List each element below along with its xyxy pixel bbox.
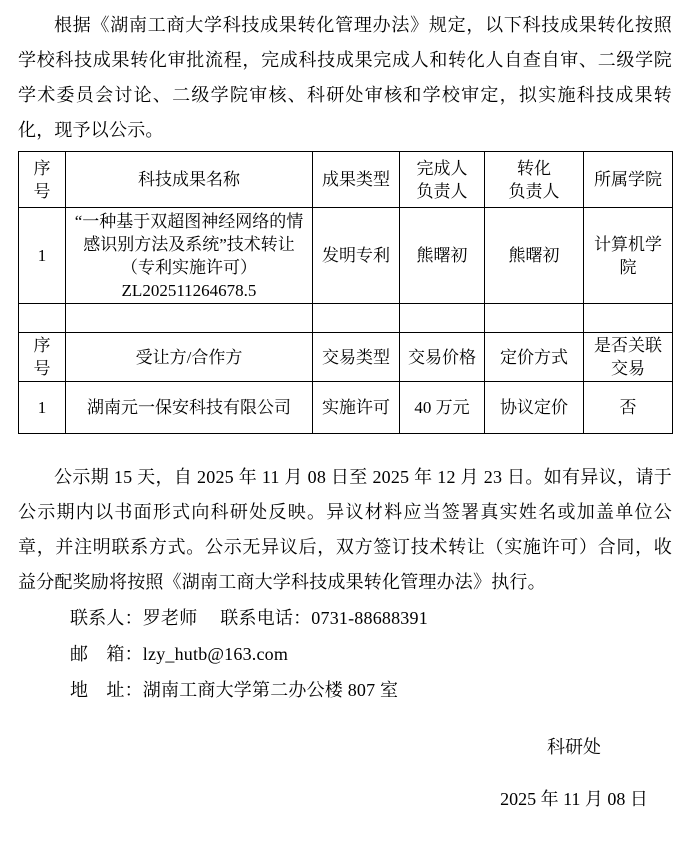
results-cell-type: 发明专利 [313, 208, 400, 304]
deal-cell-type: 实施许可 [313, 382, 400, 434]
spacer-row [19, 304, 673, 333]
deal-cell-pricing: 协议定价 [485, 382, 584, 434]
signature-block: 科研处 2025 年 11 月 08 日 [494, 736, 654, 810]
spacer-cell [19, 304, 66, 333]
deal-header-row: 序 号 受让方/合作方 交易类型 交易价格 定价方式 是否关联 交易 [19, 333, 673, 382]
spacer-cell [485, 304, 584, 333]
deal-header-related: 是否关联 交易 [584, 333, 673, 382]
contact-block: 联系人：罗老师 联系电话：0731-88688391 邮 箱：lzy_hutb@… [18, 600, 672, 708]
results-header-transformer: 转化 负责人 [485, 152, 584, 208]
results-header-type: 成果类型 [313, 152, 400, 208]
results-cell-no: 1 [19, 208, 66, 304]
deal-header-pricing: 定价方式 [485, 333, 584, 382]
deal-cell-price: 40 万元 [400, 382, 485, 434]
results-header-no: 序 号 [19, 152, 66, 208]
deal-cell-related: 否 [584, 382, 673, 434]
deal-header-price: 交易价格 [400, 333, 485, 382]
deal-data-row: 1 湖南元一保安科技有限公司 实施许可 40 万元 协议定价 否 [19, 382, 673, 434]
spacer-cell [313, 304, 400, 333]
notice-paragraph: 公示期 15 天，自 2025 年 11 月 08 日至 2025 年 12 月… [18, 460, 672, 600]
signature-department: 科研处 [547, 736, 601, 758]
results-data-row: 1 “一种基于双超图神经网络的情感识别方法及系统”技术转让 （专利实施许可） Z… [19, 208, 673, 304]
results-header-row: 序 号 科技成果名称 成果类型 完成人 负责人 转化 负责人 所属学院 [19, 152, 673, 208]
deal-cell-assignee: 湖南元一保安科技有限公司 [66, 382, 313, 434]
results-cell-college: 计算机学院 [584, 208, 673, 304]
spacer-cell [66, 304, 313, 333]
contact-email-line: 邮 箱：lzy_hutb@163.com [70, 636, 672, 672]
intro-paragraph: 根据《湖南工商大学科技成果转化管理办法》规定，以下科技成果转化按照学校科技成果转… [18, 8, 672, 148]
spacer-cell [400, 304, 485, 333]
contact-person-line: 联系人：罗老师 联系电话：0731-88688391 [70, 600, 672, 636]
announcement-document: 根据《湖南工商大学科技成果转化管理办法》规定，以下科技成果转化按照学校科技成果转… [0, 0, 688, 810]
publicity-table: 序 号 科技成果名称 成果类型 完成人 负责人 转化 负责人 所属学院 1 “一… [18, 151, 673, 434]
spacer-cell [584, 304, 673, 333]
deal-header-assignee: 受让方/合作方 [66, 333, 313, 382]
results-header-name: 科技成果名称 [66, 152, 313, 208]
deal-header-type: 交易类型 [313, 333, 400, 382]
contact-address-line: 地 址：湖南工商大学第二办公楼 807 室 [70, 672, 672, 708]
results-cell-completer: 熊曙初 [400, 208, 485, 304]
signature-date: 2025 年 11 月 08 日 [500, 788, 648, 810]
results-header-completer: 完成人 负责人 [400, 152, 485, 208]
deal-cell-no: 1 [19, 382, 66, 434]
results-header-college: 所属学院 [584, 152, 673, 208]
results-cell-name: “一种基于双超图神经网络的情感识别方法及系统”技术转让 （专利实施许可） ZL2… [66, 208, 313, 304]
results-cell-transformer: 熊曙初 [485, 208, 584, 304]
deal-header-no: 序 号 [19, 333, 66, 382]
